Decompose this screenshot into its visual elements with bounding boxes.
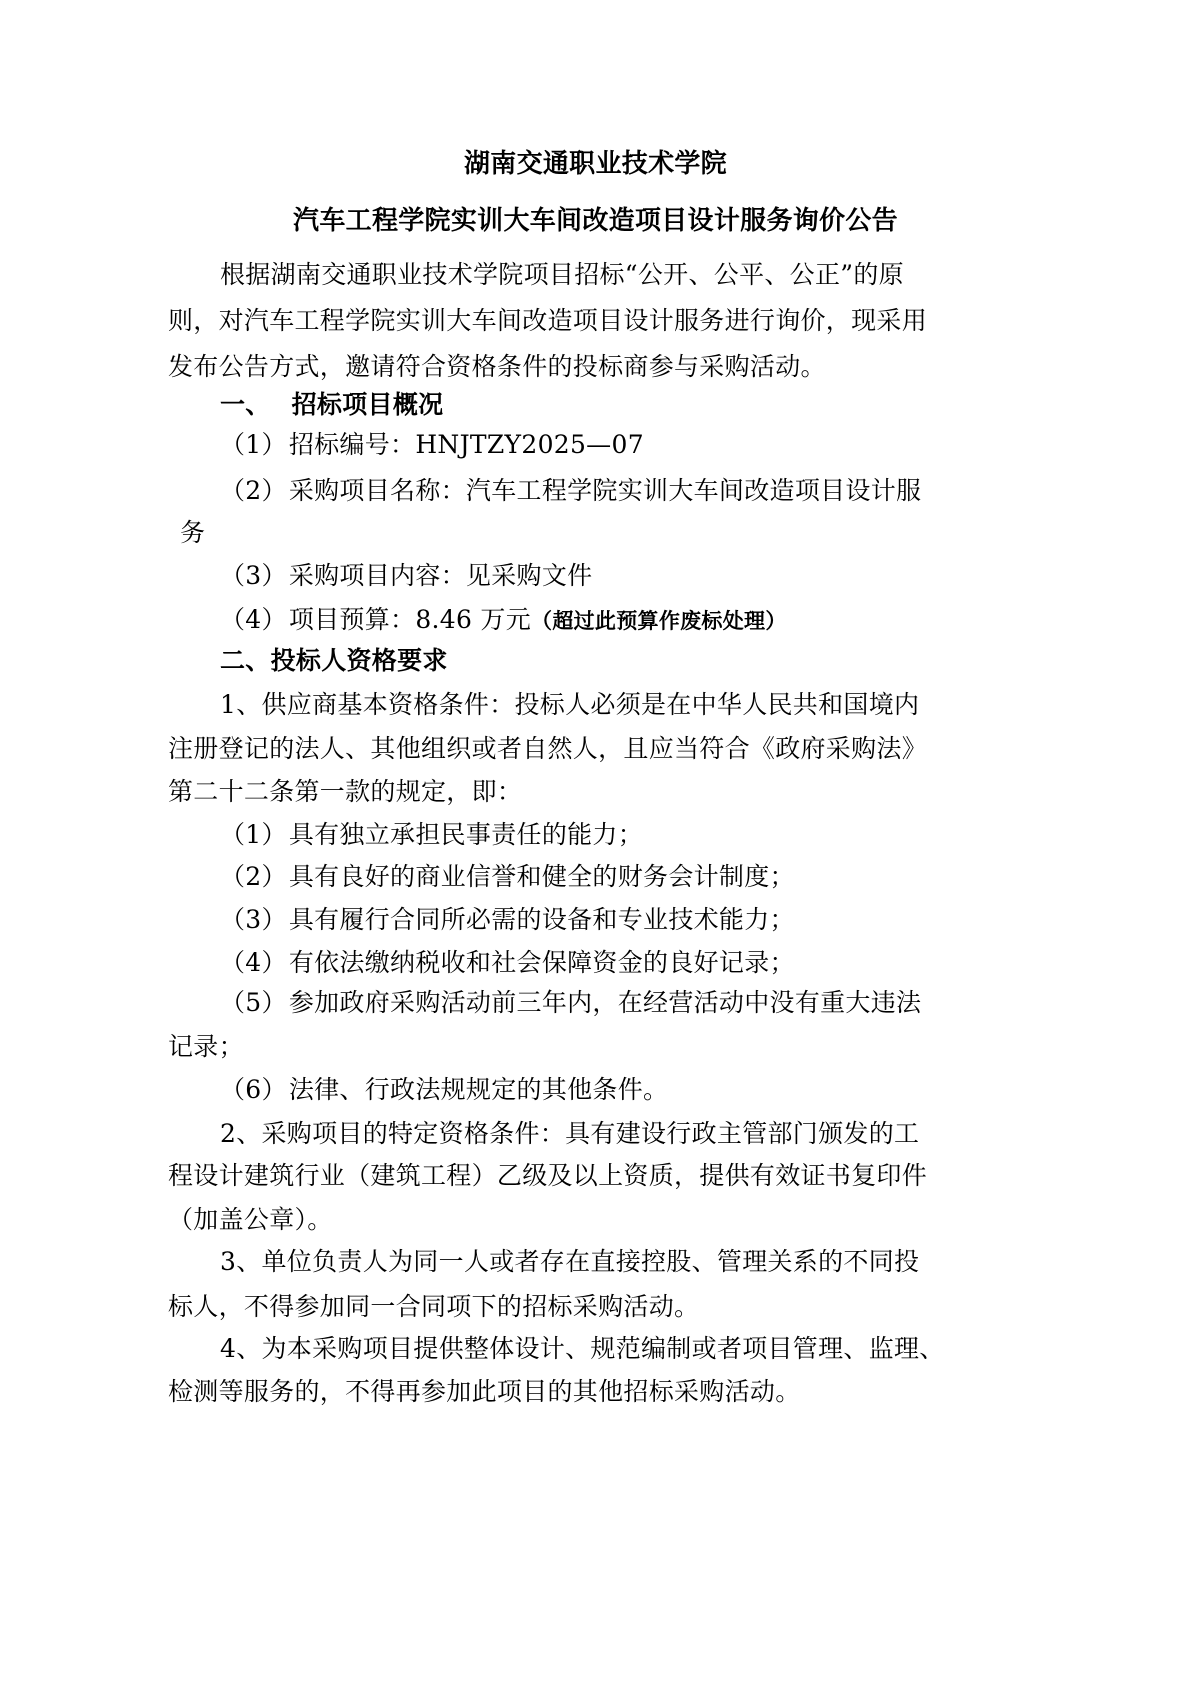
document-title-institution: 湖南交通职业技术学院 <box>0 148 1191 180</box>
document-title-announcement: 汽车工程学院实训大车间改造项目设计服务询价公告 <box>0 205 1191 237</box>
condition-text: 有依法缴纳税收和社会保障资金的良好记录； <box>289 948 795 977</box>
list-item-number: （4） <box>220 605 287 634</box>
condition-item: （2）具有良好的商业信誉和健全的财务会计制度； <box>220 861 948 893</box>
condition-text: 具有良好的商业信誉和健全的财务会计制度； <box>289 862 795 891</box>
list-item-project-name: （2）采购项目名称：汽车工程学院实训大车间改造项目设计服 <box>220 475 948 507</box>
section-heading-number: 一、 <box>220 390 271 419</box>
list-item-continuation: 务 <box>180 517 960 549</box>
list-item-tender-number: （1）招标编号：HNJTZY2025—07 <box>220 429 948 461</box>
list-item-text: 招标编号：HNJTZY2025—07 <box>289 430 644 459</box>
condition-continuation: 记录； <box>168 1031 948 1063</box>
condition-number: （5） <box>220 988 287 1017</box>
requirement-paragraph-line: 2、采购项目的特定资格条件：具有建设行政主管部门颁发的工 <box>220 1118 948 1150</box>
condition-number: （4） <box>220 948 287 977</box>
condition-item: （3）具有履行合同所必需的设备和专业技术能力； <box>220 904 948 936</box>
section-heading-text: 招标项目概况 <box>292 390 444 419</box>
condition-number: （2） <box>220 862 287 891</box>
condition-number: （3） <box>220 905 287 934</box>
requirement-paragraph-line: （加盖公章）。 <box>168 1204 948 1236</box>
requirement-paragraph-line: 4、为本采购项目提供整体设计、规范编制或者项目管理、监理、 <box>220 1333 948 1365</box>
condition-item: （1）具有独立承担民事责任的能力； <box>220 819 948 851</box>
condition-text: 具有履行合同所必需的设备和专业技术能力； <box>289 905 795 934</box>
condition-number: （6） <box>220 1075 287 1104</box>
requirement-paragraph-line: 3、单位负责人为同一人或者存在直接控股、管理关系的不同投 <box>220 1246 948 1278</box>
condition-item: （6）法律、行政法规规定的其他条件。 <box>220 1074 948 1106</box>
section-heading-project-overview: 一、 招标项目概况 <box>220 389 948 421</box>
condition-text: 具有独立承担民事责任的能力； <box>289 820 643 849</box>
section-heading-bidder-qualifications: 二、投标人资格要求 <box>220 645 948 677</box>
intro-paragraph-line: 则，对汽车工程学院实训大车间改造项目设计服务进行询价，现采用 <box>168 305 948 337</box>
budget-warning: （超过此预算作废标处理） <box>531 609 787 633</box>
condition-number: （1） <box>220 820 287 849</box>
requirement-paragraph-line: 第二十二条第一款的规定，即： <box>168 776 948 808</box>
list-item-number: （1） <box>220 430 287 459</box>
list-item-text: 采购项目内容：见采购文件 <box>289 561 593 590</box>
condition-item: （5）参加政府采购活动前三年内，在经营活动中没有重大违法 <box>220 987 948 1019</box>
list-item-text: 项目预算：8.46 万元 <box>289 605 531 634</box>
condition-item: （4）有依法缴纳税收和社会保障资金的良好记录； <box>220 947 948 979</box>
condition-text: 法律、行政法规规定的其他条件。 <box>289 1075 669 1104</box>
list-item-number: （2） <box>220 476 287 505</box>
document-page: 湖南交通职业技术学院 汽车工程学院实训大车间改造项目设计服务询价公告 根据湖南交… <box>0 0 1191 1684</box>
list-item-budget: （4）项目预算：8.46 万元（超过此预算作废标处理） <box>220 604 948 637</box>
requirement-paragraph-line: 1、供应商基本资格条件：投标人必须是在中华人民共和国境内 <box>220 689 948 721</box>
requirement-paragraph-line: 注册登记的法人、其他组织或者自然人，且应当符合《政府采购法》 <box>168 733 948 765</box>
condition-text: 参加政府采购活动前三年内，在经营活动中没有重大违法 <box>289 988 922 1017</box>
requirement-paragraph-line: 标人，不得参加同一合同项下的招标采购活动。 <box>168 1291 948 1323</box>
list-item-text: 采购项目名称：汽车工程学院实训大车间改造项目设计服 <box>289 476 922 505</box>
intro-paragraph-line: 发布公告方式，邀请符合资格条件的投标商参与采购活动。 <box>168 351 948 383</box>
requirement-paragraph-line: 程设计建筑行业（建筑工程）乙级及以上资质，提供有效证书复印件 <box>168 1160 948 1192</box>
requirement-paragraph-line: 检测等服务的，不得再参加此项目的其他招标采购活动。 <box>168 1376 948 1408</box>
intro-paragraph-line: 根据湖南交通职业技术学院项目招标“公开、公平、公正”的原 <box>220 259 948 291</box>
list-item-project-content: （3）采购项目内容：见采购文件 <box>220 560 948 592</box>
list-item-number: （3） <box>220 561 287 590</box>
